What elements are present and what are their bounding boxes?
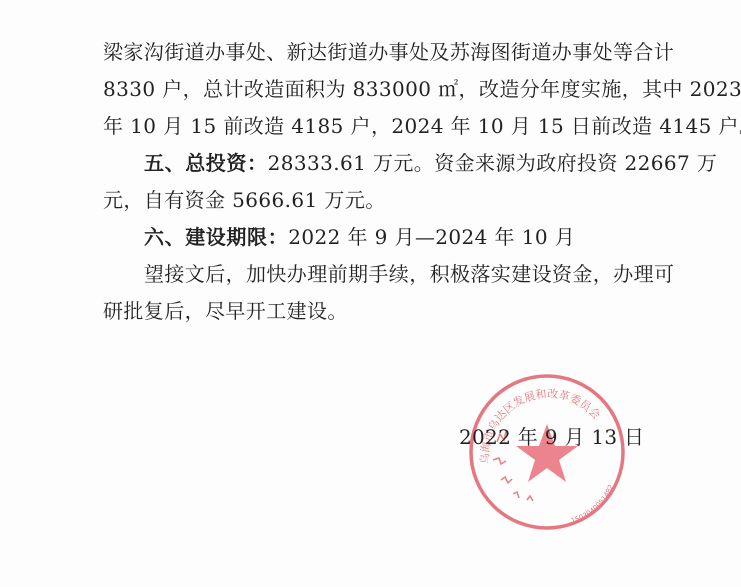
paragraph-line-1: 梁家沟街道办事处、新达街道办事处及苏海图街道办事处等合计	[103, 40, 674, 64]
investment-text: 28333.61 万元。资金来源为政府投资 22667 万	[268, 151, 718, 175]
svg-text:1503040051482: 1503040051482	[570, 483, 615, 525]
seal-icon: 乌海市乌达区发展和改革委员会 1503040051482	[467, 372, 627, 532]
paragraph-line-5: 元，自有资金 5666.61 万元。	[103, 188, 386, 212]
section-construction-period: 六、建设期限：2022 年 9 月—2024 年 10 月	[144, 225, 575, 249]
paragraph-line-8: 研批复后，尽早开工建设。	[103, 299, 348, 323]
paragraph-line-7: 望接文后，加快办理前期手续，积极落实建设资金，办理可	[144, 262, 674, 286]
paragraph-line-3: 年 10 月 15 前改造 4185 户，2024 年 10 月 15 日前改造…	[103, 114, 741, 138]
section-total-investment: 五、总投资：28333.61 万元。资金来源为政府投资 22667 万	[144, 151, 717, 175]
section-heading-period: 六、建设期限：	[144, 225, 288, 249]
period-text: 2022 年 9 月—2024 年 10 月	[288, 225, 575, 249]
paragraph-line-2: 8330 户，总计改造面积为 833000 ㎡，改造分年度实施，其中 2023	[103, 77, 741, 101]
signature-date: 2022 年 9 月 13 日	[459, 425, 644, 449]
section-heading-investment: 五、总投资：	[144, 151, 268, 175]
official-seal-stamp: 乌海市乌达区发展和改革委员会 1503040051482	[467, 372, 627, 532]
document-page: 梁家沟街道办事处、新达街道办事处及苏海图街道办事处等合计 8330 户，总计改造…	[0, 0, 741, 587]
